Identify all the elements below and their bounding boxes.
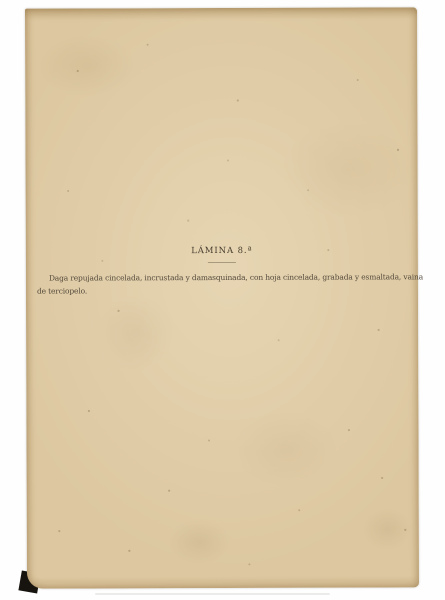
scan-artifact-line [95, 593, 330, 595]
plate-title: LÁMINA 8.ª [26, 245, 418, 256]
scanner-bed: LÁMINA 8.ª Daga repujada cincelada, incr… [0, 0, 445, 600]
paper-specks [25, 9, 26, 10]
plate-caption: Daga repujada cincelada, incrustada y da… [37, 271, 411, 297]
scanned-page: LÁMINA 8.ª Daga repujada cincelada, incr… [25, 7, 419, 588]
plate-heading: LÁMINA 8.ª [26, 245, 418, 263]
caption-line: Daga repujada cincelada, incrustada y da… [37, 271, 411, 285]
title-rule [208, 262, 236, 263]
caption-line: de terciopelo. [37, 284, 411, 298]
